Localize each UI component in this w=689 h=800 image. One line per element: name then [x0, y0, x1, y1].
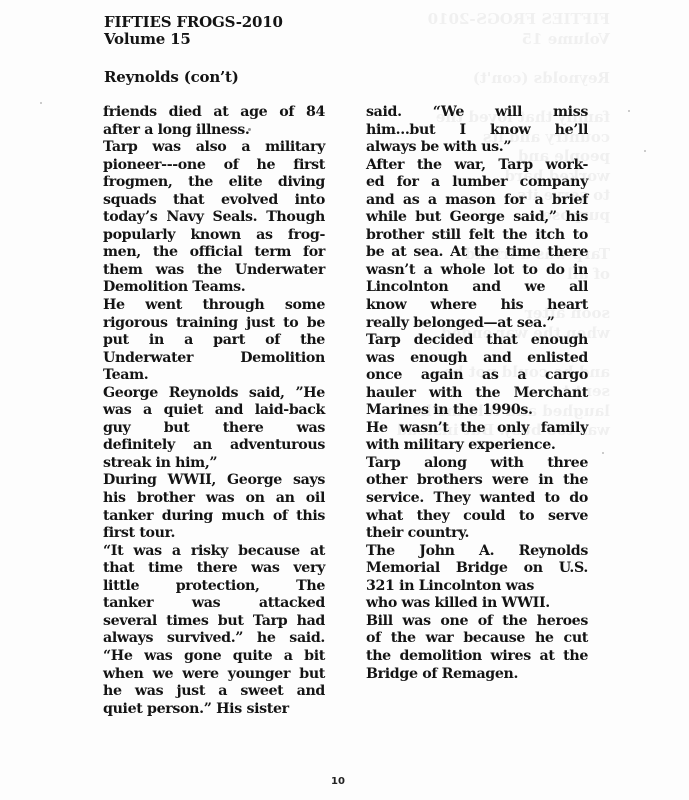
text-line: men, the official term for	[103, 244, 325, 262]
text-line: the demolition wires at the	[366, 648, 588, 666]
text-line: he was just a sweet and	[103, 683, 325, 701]
text-line: He went through some	[103, 297, 325, 315]
text-line: Tarp decided that enough	[366, 332, 588, 350]
text-line: “He was gone quite a bit	[103, 648, 325, 666]
text-line: ed for a lumber company	[366, 174, 588, 192]
text-line: him...but I know he’ll	[366, 122, 588, 140]
text-line: brother still felt the itch to	[366, 227, 588, 245]
text-line: rigorous training just to be	[103, 315, 325, 333]
text-line: with military experience.	[366, 437, 588, 455]
text-line: Bill was one of the heroes	[366, 613, 588, 631]
text-line: really belonged—at sea.”	[366, 315, 588, 333]
text-line: Underwater Demolition	[103, 350, 325, 368]
text-line: pioneer---one of he first	[103, 157, 325, 175]
article-subtitle: Reynolds (con’t)	[104, 69, 239, 86]
text-line: quiet person.” His sister	[103, 701, 325, 719]
text-line: Memorial Bridge on U.S.	[366, 560, 588, 578]
text-line: squads that evolved into	[103, 192, 325, 210]
text-line: He wasn’t the only family	[366, 420, 588, 438]
scan-speck	[40, 102, 42, 104]
newsletter-title: FIFTIES FROGS-2010	[104, 14, 283, 31]
text-line: Demolition Teams.	[103, 279, 325, 297]
text-line: be at sea. At the time there	[366, 244, 588, 262]
scan-speck	[628, 110, 630, 112]
text-line: know where his heart	[366, 297, 588, 315]
text-line: hauler with the Merchant	[366, 385, 588, 403]
text-line: “It was a risky because at	[103, 543, 325, 561]
text-line: was a quiet and laid-back	[103, 402, 325, 420]
text-line: The John A. Reynolds	[366, 543, 588, 561]
text-line: their country.	[366, 525, 588, 543]
text-line: today’s Navy Seals. Though	[103, 209, 325, 227]
text-line: popularly known as frog-	[103, 227, 325, 245]
text-line: Bridge of Remagen.	[366, 666, 588, 684]
text-line: said. “We will miss	[366, 104, 588, 122]
text-line: streak in him,”	[103, 455, 325, 473]
text-line: Tarp was also a military	[103, 139, 325, 157]
text-line: of the war because he cut	[366, 630, 588, 648]
text-line: who was killed in WWII.	[366, 595, 588, 613]
text-line: Tarp along with three	[366, 455, 588, 473]
text-line: After the war, Tarp work-	[366, 157, 588, 175]
text-line: and as a mason for a brief	[366, 192, 588, 210]
text-line: definitely an adventurous	[103, 437, 325, 455]
text-line: that time there was very	[103, 560, 325, 578]
text-line: little protection, The	[103, 578, 325, 596]
text-line: while but George said,” his	[366, 209, 588, 227]
text-line: once again as a cargo	[366, 367, 588, 385]
text-line: always be with us.”	[366, 139, 588, 157]
text-line: wasn’t a whole lot to do in	[366, 262, 588, 280]
text-line: other brothers were in the	[366, 472, 588, 490]
newsletter-volume: Volume 15	[104, 31, 283, 48]
right-text-column: said. “We will misshim...but I know he’l…	[366, 104, 588, 683]
text-line: frogmen, the elite diving	[103, 174, 325, 192]
text-line: after a long illness.	[103, 122, 325, 140]
text-line: first tour.	[103, 525, 325, 543]
text-line: friends died at age of 84	[103, 104, 325, 122]
text-line: when we were younger but	[103, 666, 325, 684]
text-line: them was the Underwater	[103, 262, 325, 280]
newsletter-header: FIFTIES FROGS-2010 Volume 15	[104, 14, 283, 48]
scan-speck	[602, 452, 604, 454]
text-line: Team.	[103, 367, 325, 385]
text-line: tanker during much of this	[103, 508, 325, 526]
text-line: Lincolnton and we all	[366, 279, 588, 297]
text-line: what they could to serve	[366, 508, 588, 526]
text-line: was enough and enlisted	[366, 350, 588, 368]
text-line: George Reynolds said, ”He	[103, 385, 325, 403]
text-line: Marines in the 1990s.	[366, 402, 588, 420]
text-line: tanker was attacked	[103, 595, 325, 613]
text-line: During WWII, George says	[103, 472, 325, 490]
text-line: 321 in Lincolnton was	[366, 578, 588, 596]
newsletter-page: FIFTIES FROGS-2010 Volume 15 Reynolds (c…	[0, 0, 689, 800]
left-text-column: friends died at age of 84after a long il…	[103, 104, 325, 718]
text-line: always survived.” he said.	[103, 630, 325, 648]
text-line: several times but Tarp had	[103, 613, 325, 631]
page-number: 10	[331, 776, 345, 787]
text-line: guy but there was	[103, 420, 325, 438]
scan-speck	[644, 150, 646, 152]
text-line: his brother was on an oil	[103, 490, 325, 508]
text-line: service. They wanted to do	[366, 490, 588, 508]
text-line: put in a part of the	[103, 332, 325, 350]
